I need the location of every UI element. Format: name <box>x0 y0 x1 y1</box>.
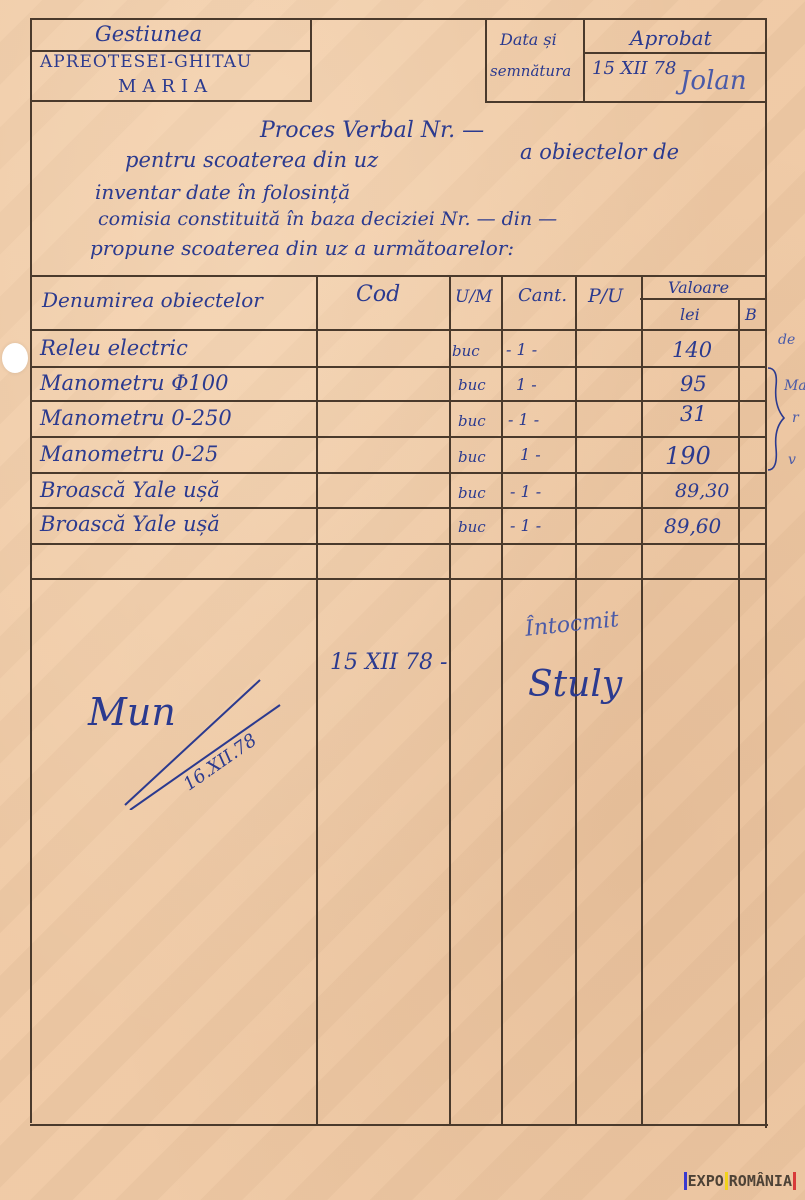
row1-cant: - 1 - <box>506 340 537 359</box>
row1-denumire: Releu electric <box>40 336 188 360</box>
header-um: U/M <box>455 287 492 307</box>
watermark-text-left: EXPO <box>688 1172 724 1190</box>
header-cod: Cod <box>356 282 400 307</box>
row2-lei: 95 <box>680 372 707 396</box>
row3-um: buc <box>458 412 486 430</box>
data-label-line1: Data și <box>500 30 557 49</box>
row4-denumire: Manometru 0-25 <box>40 442 218 466</box>
frame-bottom-border <box>30 1124 768 1126</box>
brace-icon <box>766 366 790 472</box>
row3-cant: - 1 - <box>508 410 539 429</box>
row5-lei: 89,30 <box>675 480 729 502</box>
row-line-3 <box>30 436 766 438</box>
valoare-divider <box>640 298 765 300</box>
col-divider-cod <box>316 275 318 1125</box>
col-divider-valoare <box>641 275 643 1125</box>
row3-denumire: Manometru 0-250 <box>40 406 232 430</box>
table-top-line <box>30 275 766 277</box>
row4-cant: 1 - <box>520 445 541 464</box>
row6-denumire: Broască Yale ușă <box>40 512 220 536</box>
header-pu: P/U <box>588 285 623 307</box>
row-line-7 <box>30 578 766 580</box>
aprobat-signature: Jolan <box>680 66 747 96</box>
header-b: B <box>745 305 757 324</box>
row-line-1 <box>30 366 766 368</box>
data-box-divider <box>583 18 585 102</box>
title-line4: comisia constituită în baza deciziei Nr.… <box>98 208 557 230</box>
row5-denumire: Broască Yale ușă <box>40 478 220 502</box>
title-line2a: pentru scoaterea din uz <box>125 148 378 172</box>
header-denumire: Denumirea obiectelor <box>42 288 263 312</box>
row4-um: buc <box>458 448 486 466</box>
frame-top-border <box>30 18 766 20</box>
header-valoare: Valoare <box>668 278 729 297</box>
header-bottom-line <box>30 329 766 331</box>
row1-um: buc <box>452 342 480 360</box>
row-line-6 <box>30 543 766 545</box>
row2-cant: 1 - <box>516 375 537 394</box>
data-box-left <box>485 18 487 102</box>
row4-lei: 190 <box>665 442 711 470</box>
aprobat-divider <box>583 52 765 54</box>
title-line2b: a obiectelor de <box>520 140 679 164</box>
expo-romania-watermark: EXPO ROMÂNIA <box>683 1172 797 1190</box>
frame-left-border <box>30 18 32 1123</box>
footer-date: 15 XII 78 - <box>330 650 447 675</box>
header-cant: Cant. <box>518 285 567 306</box>
col-divider-b <box>738 298 740 1124</box>
col-divider-um <box>449 275 451 1125</box>
title-line3: inventar date în folosință <box>95 180 350 204</box>
row-line-2 <box>30 400 766 402</box>
row-line-4 <box>30 472 766 474</box>
frame-right-border <box>765 18 767 1128</box>
flag-bar-red <box>793 1172 796 1190</box>
intocmit-label: Întocmit <box>524 607 620 642</box>
row5-um: buc <box>458 484 486 502</box>
aprobat-date: 15 XII 78 <box>592 58 676 79</box>
proces-verbal-title: Proces Verbal Nr. — <box>260 118 484 143</box>
data-box-bottom <box>485 101 765 103</box>
row6-cant: - 1 - <box>510 516 541 535</box>
gestiunea-box-right <box>310 18 312 102</box>
row5-cant: - 1 - <box>510 482 541 501</box>
margin-note-3: r <box>792 410 799 426</box>
title-line5: propune scoaterea din uz a următoarelor: <box>90 236 514 260</box>
header-lei: lei <box>680 305 700 324</box>
row1-lei: 140 <box>672 338 712 362</box>
flag-bar-yellow <box>725 1172 728 1190</box>
intocmit-signature: Stuly <box>528 664 622 705</box>
margin-note-1: de <box>778 332 795 348</box>
signature-strike-lines <box>120 660 290 810</box>
col-divider-cant <box>501 275 503 1125</box>
aprobat-label: Aprobat <box>630 26 712 50</box>
gestiunea-label: Gestiunea <box>95 22 202 46</box>
gestiunea-name-line2: MARIA <box>118 76 213 97</box>
row2-um: buc <box>458 376 486 394</box>
punch-hole <box>2 343 28 373</box>
watermark-text-right: ROMÂNIA <box>729 1172 792 1190</box>
row3-lei: 31 <box>680 402 707 426</box>
gestiunea-box-bottom <box>30 100 311 102</box>
gestiunea-name-line1: APREOTESEI-GHITAU <box>40 52 252 72</box>
row-line-5 <box>30 507 766 509</box>
row6-um: buc <box>458 518 486 536</box>
row6-lei: 89,60 <box>664 514 721 538</box>
flag-bar-blue <box>684 1172 687 1190</box>
row2-denumire: Manometru Φ100 <box>40 371 229 395</box>
data-label-line2: semnătura <box>490 62 571 80</box>
